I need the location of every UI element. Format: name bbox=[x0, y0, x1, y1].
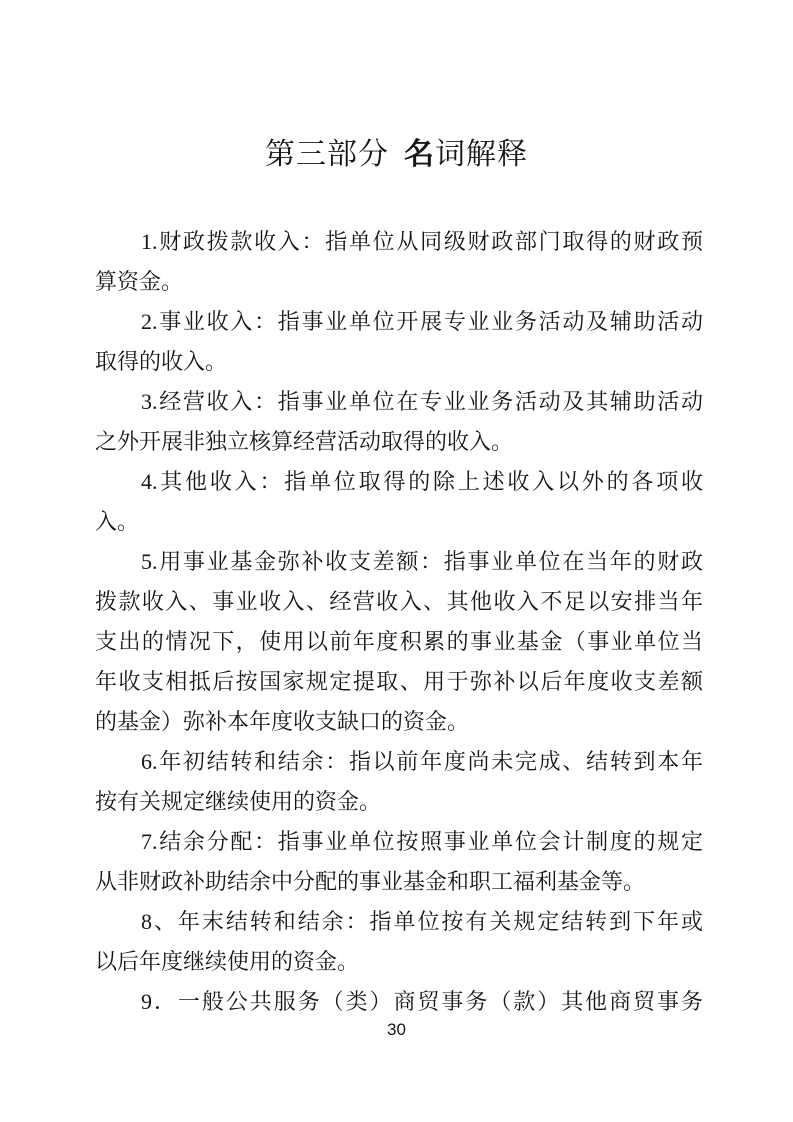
title-emphasis-char: 名 bbox=[404, 138, 435, 171]
page-number: 30 bbox=[0, 1018, 793, 1042]
text-line: 3.经营收入：指事业单位在专业业务活动及其辅助活动 bbox=[95, 382, 703, 422]
title-part-label: 第三部分 bbox=[265, 138, 389, 171]
text-line: 2.事业收入：指事业单位开展专业业务活动及辅助活动 bbox=[95, 302, 703, 342]
text-line: 7.结余分配：指事业单位按照事业单位会计制度的规定 bbox=[95, 822, 703, 862]
text-line: 支出的情况下，使用以前年度积累的事业基金（事业单位当 bbox=[95, 622, 703, 662]
text-line: 入。 bbox=[95, 502, 703, 542]
text-line: 8、年末结转和结余：指单位按有关规定结转到下年或 bbox=[95, 902, 703, 942]
body-text: 1.财政拨款收入：指单位从同级财政部门取得的财政预算资金。2.事业收入：指事业单… bbox=[95, 222, 703, 1022]
text-line: 9．一般公共服务（类）商贸事务（款）其他商贸事务 bbox=[95, 982, 703, 1022]
text-line: 5.用事业基金弥补收支差额：指事业单位在当年的财政 bbox=[95, 542, 703, 582]
text-line: 4.其他收入：指单位取得的除上述收入以外的各项收 bbox=[95, 462, 703, 502]
title-rest: 词解释 bbox=[435, 138, 528, 171]
text-line: 的基金）弥补本年度收支缺口的资金。 bbox=[95, 702, 703, 742]
text-line: 以后年度继续使用的资金。 bbox=[95, 942, 703, 982]
text-line: 按有关规定继续使用的资金。 bbox=[95, 782, 703, 822]
text-line: 6.年初结转和结余：指以前年度尚未完成、结转到本年 bbox=[95, 742, 703, 782]
text-line: 算资金。 bbox=[95, 262, 703, 302]
text-line: 从非财政补助结余中分配的事业基金和职工福利基金等。 bbox=[95, 862, 703, 902]
text-line: 1.财政拨款收入：指单位从同级财政部门取得的财政预 bbox=[95, 222, 703, 262]
text-line: 取得的收入。 bbox=[95, 342, 703, 382]
page-title: 第三部分名词解释 bbox=[0, 134, 793, 176]
text-line: 拨款收入、事业收入、经营收入、其他收入不足以安排当年 bbox=[95, 582, 703, 622]
text-line: 之外开展非独立核算经营活动取得的收入。 bbox=[95, 422, 703, 462]
document-page: 第三部分名词解释 1.财政拨款收入：指单位从同级财政部门取得的财政预算资金。2.… bbox=[0, 0, 793, 1122]
text-line: 年收支相抵后按国家规定提取、用于弥补以后年度收支差额 bbox=[95, 662, 703, 702]
